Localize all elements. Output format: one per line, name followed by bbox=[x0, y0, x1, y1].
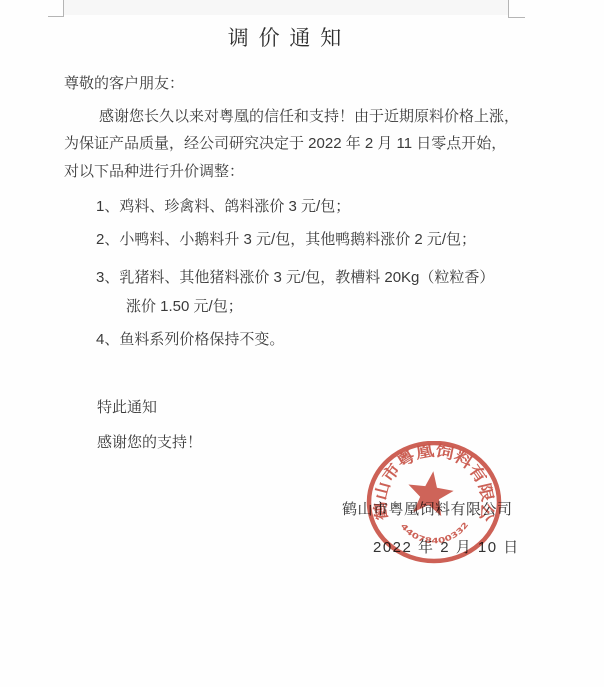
svg-text:44078400332: 44078400332 bbox=[399, 520, 470, 545]
intro-line-1: 感谢您长久以来对粤凰的信任和支持！由于近期原料价格上涨， bbox=[99, 107, 519, 127]
closing-thanks-line: 感谢您的支持！ bbox=[97, 433, 202, 453]
company-seal-stamp: 鹤山市粤凰饲料有限公司 44078400332 bbox=[364, 441, 504, 565]
greeting-line: 尊敬的客户朋友： bbox=[64, 74, 184, 94]
list-item-2: 2、小鸭料、小鹅料升 3 元/包，其他鸭鹅料涨价 2 元/包； bbox=[96, 230, 476, 250]
intro-line-3: 对以下品种进行升价调整： bbox=[64, 162, 244, 182]
list-item-1: 1、鸡料、珍禽料、鸽料涨价 3 元/包； bbox=[96, 197, 350, 217]
page-top-margin-band bbox=[63, 0, 508, 15]
list-item-3-line-1: 3、乳猪料、其他猪料涨价 3 元/包，教槽料 20Kg（粒粒香） bbox=[96, 268, 494, 288]
seal-registration-code: 44078400332 bbox=[399, 520, 470, 545]
list-item-3-line-2: 涨价 1.50 元/包； bbox=[126, 297, 243, 317]
text-boundary-mark-top-left bbox=[48, 0, 64, 17]
list-item-4: 4、鱼料系列价格保持不变。 bbox=[96, 330, 284, 350]
closing-notice-line: 特此通知 bbox=[97, 398, 157, 418]
text-boundary-mark-top-right bbox=[508, 0, 525, 18]
seal-star-icon bbox=[405, 468, 456, 517]
notice-title: 调 价 通 知 bbox=[63, 22, 508, 52]
notice-document-page: 调 价 通 知 尊敬的客户朋友： 感谢您长久以来对粤凰的信任和支持！由于近期原料… bbox=[0, 0, 604, 687]
intro-line-2: 为保证产品质量，经公司研究决定于 2022 年 2 月 11 日零点开始， bbox=[64, 134, 506, 154]
company-seal-graphic: 鹤山市粤凰饲料有限公司 44078400332 bbox=[364, 441, 504, 565]
